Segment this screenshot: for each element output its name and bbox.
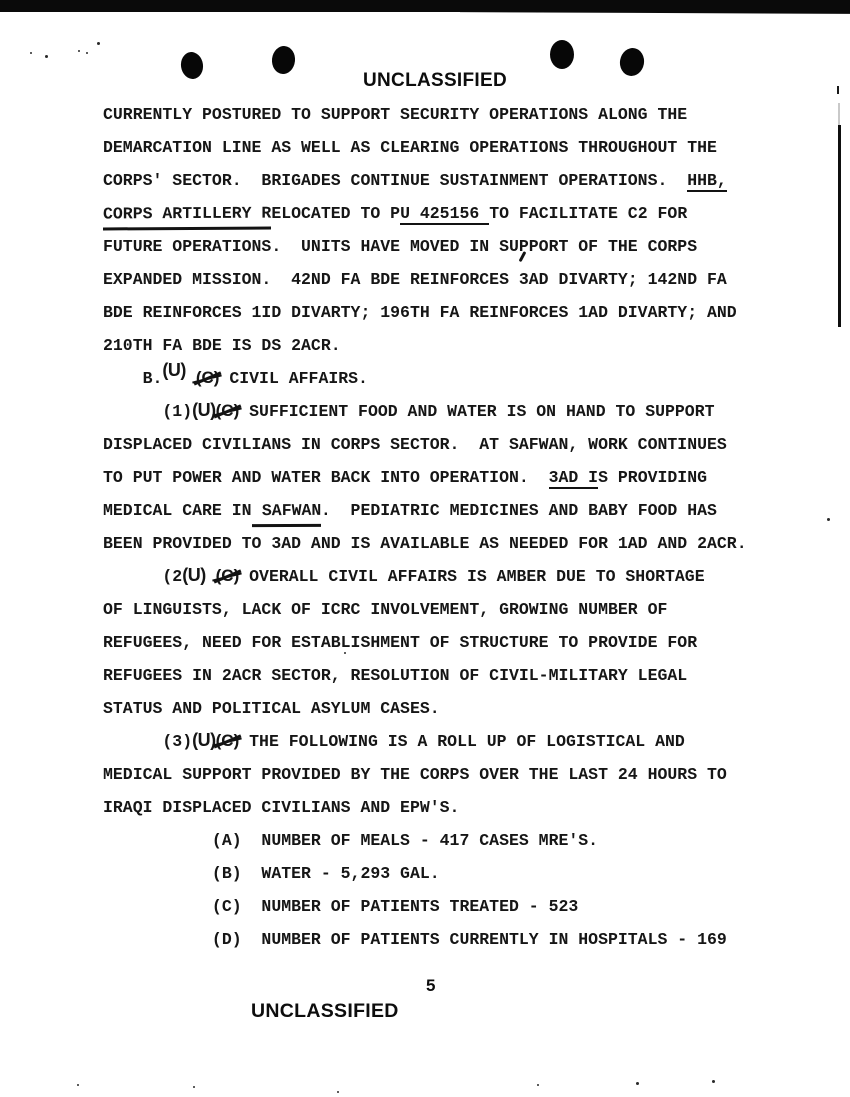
scan-edge-mark: [837, 86, 839, 94]
doc-line: 210TH FA BDE IS DS 2ACR.: [103, 329, 803, 362]
scan-edge-line: [838, 125, 841, 327]
struck-classification-marking: (C): [216, 402, 240, 419]
doc-line: BEEN PROVIDED TO 3AD AND IS AVAILABLE AS…: [103, 527, 803, 560]
doc-text: SUFFICIENT FOOD AND WATER IS ON HAND TO …: [239, 402, 714, 421]
classification-footer: UNCLASSIFIED: [251, 1000, 399, 1023]
punch-hole-mark: [179, 51, 205, 81]
doc-text: CORPS' SECTOR. BRIGADES CONTINUE SUSTAIN…: [103, 171, 687, 190]
doc-line: (A) NUMBER OF MEALS - 417 CASES MRE'S.: [103, 824, 803, 857]
doc-line: (D) NUMBER OF PATIENTS CURRENTLY IN HOSP…: [103, 923, 803, 956]
underlined-text: HHB,: [687, 171, 727, 192]
scan-speck: [86, 52, 88, 54]
doc-text: B.: [103, 369, 162, 388]
doc-line: IRAQI DISPLACED CIVILIANS AND EPW'S.: [103, 791, 803, 824]
handwritten-u-marking: (U): [192, 400, 216, 420]
scan-speck: [344, 652, 346, 654]
doc-text: TO PUT POWER AND WATER BACK INTO OPERATI…: [103, 468, 549, 487]
doc-line: DISPLACED CIVILIANS IN CORPS SECTOR. AT …: [103, 428, 803, 461]
scan-speck: [45, 55, 48, 58]
doc-line: TO PUT POWER AND WATER BACK INTO OPERATI…: [103, 461, 803, 494]
doc-text: OVERALL CIVIL AFFAIRS IS AMBER DUE TO SH…: [239, 567, 704, 586]
doc-line: EXPANDED MISSION. 42ND FA BDE REINFORCES…: [103, 263, 803, 296]
doc-line: (1)(U)(C) SUFFICIENT FOOD AND WATER IS O…: [103, 395, 803, 428]
doc-line: REFUGEES IN 2ACR SECTOR, RESOLUTION OF C…: [103, 659, 803, 692]
doc-line: FUTURE OPERATIONS. UNITS HAVE MOVED IN S…: [103, 230, 803, 263]
doc-text: (3): [103, 732, 192, 751]
scan-speck: [30, 52, 32, 54]
doc-line: (C) NUMBER OF PATIENTS TREATED - 523: [103, 890, 803, 923]
struck-classification-marking: (C): [216, 567, 240, 584]
doc-line: OF LINGUISTS, LACK OF ICRC INVOLVEMENT, …: [103, 593, 803, 626]
doc-line: CORPS ARTILLERY RELOCATED TO PU 425156 T…: [103, 197, 803, 230]
doc-text: THE FOLLOWING IS A ROLL UP OF LOGISTICAL…: [239, 732, 685, 751]
doc-text: . PEDIATRIC MEDICINES AND BABY FOOD HAS: [321, 501, 717, 520]
doc-line: STATUS AND POLITICAL ASYLUM CASES.: [103, 692, 803, 725]
classification-header: UNCLASSIFIED: [363, 70, 507, 92]
underlined-text: U 425156: [400, 204, 489, 225]
doc-line: (B) WATER - 5,293 GAL.: [103, 857, 803, 890]
scan-speck: [337, 1091, 339, 1093]
handwritten-u-marking: (U): [182, 565, 206, 585]
doc-line: DEMARCATION LINE AS WELL AS CLEARING OPE…: [103, 131, 803, 164]
handwritten-u-marking: (U): [162, 360, 186, 380]
doc-line: REFUGEES, NEED FOR ESTABLISHMENT OF STRU…: [103, 626, 803, 659]
doc-text: S PROVIDING: [598, 468, 707, 487]
handwritten-u-marking: (U): [192, 730, 216, 750]
underlined-text: SAFWAN: [252, 498, 321, 528]
doc-line: B.(U) (C) CIVIL AFFAIRS.: [103, 362, 803, 395]
scan-edge-line: [838, 103, 840, 127]
scanned-document-page: UNCLASSIFIED 5 UNCLASSIFIED CURRENTLY PO…: [0, 0, 850, 1097]
doc-text: TO FACILITATE C2 FOR: [489, 204, 687, 223]
scan-edge-bar: [460, 7, 850, 14]
underlined-text: CORPS ARTILLERY R: [103, 201, 271, 231]
document-body: CURRENTLY POSTURED TO SUPPORT SECURITY O…: [103, 98, 803, 956]
punch-hole-mark: [271, 45, 297, 75]
doc-text: (2: [103, 567, 182, 586]
struck-classification-marking: (C): [196, 369, 220, 386]
doc-line: (2(U) (C) OVERALL CIVIL AFFAIRS IS AMBER…: [103, 560, 803, 593]
doc-line: CORPS' SECTOR. BRIGADES CONTINUE SUSTAIN…: [103, 164, 803, 197]
doc-line: MEDICAL SUPPORT PROVIDED BY THE CORPS OV…: [103, 758, 803, 791]
scan-speck: [78, 50, 80, 52]
doc-text: MEDICAL CARE IN: [103, 501, 252, 520]
punch-hole-mark: [550, 40, 574, 69]
scan-speck: [193, 1086, 195, 1088]
scan-speck: [636, 1082, 639, 1085]
doc-line: BDE REINFORCES 1ID DIVARTY; 196TH FA REI…: [103, 296, 803, 329]
doc-line: (3)(U)(C) THE FOLLOWING IS A ROLL UP OF …: [103, 725, 803, 758]
punch-hole-mark: [618, 46, 646, 78]
doc-line: MEDICAL CARE IN SAFWAN. PEDIATRIC MEDICI…: [103, 494, 803, 527]
scan-speck: [712, 1080, 715, 1083]
scan-speck: [537, 1084, 539, 1086]
doc-text: (1): [103, 402, 192, 421]
scan-speck: [77, 1084, 79, 1086]
scan-speck: [97, 42, 100, 45]
struck-classification-marking: (C): [216, 732, 240, 749]
page-number: 5: [426, 976, 435, 996]
doc-text: ELOCATED TO P: [271, 204, 400, 223]
doc-text: CIVIL AFFAIRS.: [219, 369, 368, 388]
scan-speck: [827, 518, 830, 521]
underlined-text: 3AD I: [549, 468, 599, 489]
doc-line: CURRENTLY POSTURED TO SUPPORT SECURITY O…: [103, 98, 803, 131]
